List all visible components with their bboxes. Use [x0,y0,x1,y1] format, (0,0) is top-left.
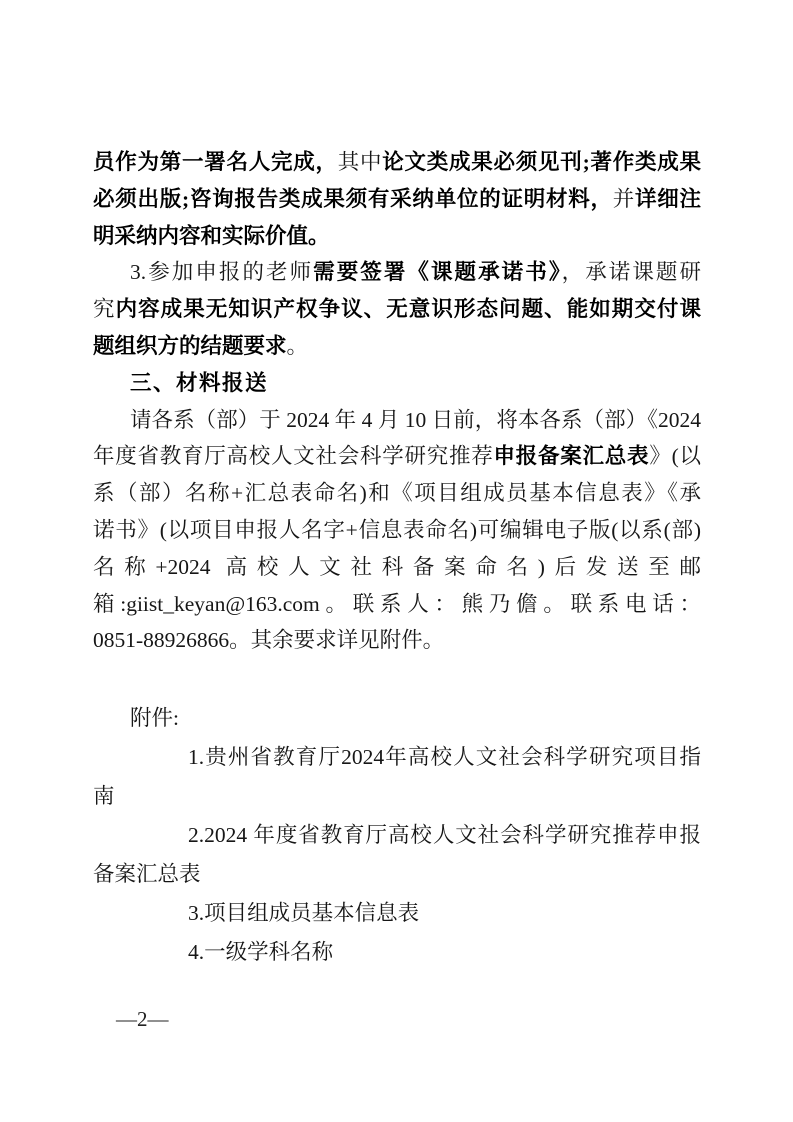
text-segment: 究 [93,297,116,321]
para3-line2: 年度省教育厅高校人文社会科学研究推荐申报备案汇总表》(以 [93,438,701,475]
text-segment: 3.参加申报的老师 [130,260,313,284]
para1-line1: 员作为第一署名人完成，其中论文类成果必须见刊;著作类成果 [93,144,701,181]
text-segment: 名称+2024 高校人文社科备案命名)后发送至邮 [93,555,701,579]
text-segment: 1.贵州省教育厅2024年高校人文社会科学研究项目指 [188,745,701,769]
bold-text-segment: 题组织方的结题要求 [93,334,287,358]
text-segment: 3.项目组成员基本信息表 [188,901,419,925]
text-segment: 诺书》(以项目申报人名字+信息表命名)可编辑电子版(以系(部) [93,518,701,542]
para1-line2: 必须出版;咨询报告类成果须有采纳单位的证明材料，并详细注 [93,181,701,218]
bold-text-segment: 必须出版;咨询报告类成果须有采纳单位的证明材料， [93,187,613,211]
bold-text-segment: 详细注 [635,187,701,211]
text-segment: 箱:giist_keyan@163.com。联系人：熊乃儋。联系电话： [93,592,701,616]
text-segment: ，承诺课题研 [562,260,701,284]
text-block: 员作为第一署名人完成，其中论文类成果必须见刊;著作类成果必须出版;咨询报告类成果… [93,144,701,972]
bold-text-segment: 内容成果无知识产权争议、无意识形态问题、能如期交付课 [116,297,701,321]
text-segment: 0851-88926866。其余要求详见附件。 [93,628,444,652]
bold-text-segment: 员作为第一署名人完成， [93,150,338,174]
text-segment: 》(以 [649,444,701,468]
attachments-label: 附件: [93,699,701,738]
attachment-2-line1: 2.2024 年度省教育厅高校人文社会科学研究推荐申报 [93,816,701,855]
para3-line4: 诺书》(以项目申报人名字+信息表命名)可编辑电子版(以系(部) [93,512,701,549]
text-segment: 并 [613,187,635,211]
bold-text-segment: 申报备案汇总表 [494,444,650,468]
attachment-1-line2: 南 [93,777,701,816]
document-page: 员作为第一署名人完成，其中论文类成果必须见刊;著作类成果必须出版;咨询报告类成果… [0,0,793,1122]
para2-line1: 3.参加申报的老师需要签署《课题承诺书》，承诺课题研 [93,254,701,291]
page-number: —2— [116,1004,169,1034]
attachment-2-line2: 备案汇总表 [93,855,701,894]
bold-text-segment: 需要签署《课题承诺书》 [313,260,561,284]
para3-line3: 系（部）名称+汇总表命名)和《项目组成员基本信息表》《承 [93,475,701,512]
text-segment: 年度省教育厅高校人文社会科学研究推荐 [93,444,494,468]
text-segment: 请各系（部）于 2024 年 4 月 10 日前，将本各系（部）《2024 [130,408,701,432]
attachment-4: 4.一级学科名称 [93,933,701,972]
para3-line1: 请各系（部）于 2024 年 4 月 10 日前，将本各系（部）《2024 [93,402,701,439]
bold-text-segment: 明采纳内容和实际价值。 [93,224,330,248]
text-segment: 系（部）名称+汇总表命名)和《项目组成员基本信息表》《承 [93,481,701,505]
para3-line5: 名称+2024 高校人文社科备案命名)后发送至邮 [93,549,701,586]
text-segment: 。 [287,334,309,358]
bold-text-segment: 论文类成果必须见刊;著作类成果 [382,150,701,174]
text-segment: 南 [93,784,115,808]
para3-line7: 0851-88926866。其余要求详见附件。 [93,622,701,659]
text-segment: 其中 [338,150,383,174]
bold-text-segment: 三、材料报送 [130,371,268,395]
para3-line6: 箱:giist_keyan@163.com。联系人：熊乃儋。联系电话： [93,586,701,623]
attachment-1-line1: 1.贵州省教育厅2024年高校人文社会科学研究项目指 [93,738,701,777]
para1-line3: 明采纳内容和实际价值。 [93,218,701,255]
section-heading-materials: 三、材料报送 [93,365,701,402]
text-segment: 4.一级学科名称 [188,940,333,964]
para2-line3: 题组织方的结题要求。 [93,328,701,365]
text-segment: 备案汇总表 [93,862,201,886]
text-segment: 附件: [130,706,179,730]
text-segment: 2.2024 年度省教育厅高校人文社会科学研究推荐申报 [188,823,701,847]
para2-line2: 究内容成果无知识产权争议、无意识形态问题、能如期交付课 [93,291,701,328]
attachment-3: 3.项目组成员基本信息表 [93,894,701,933]
